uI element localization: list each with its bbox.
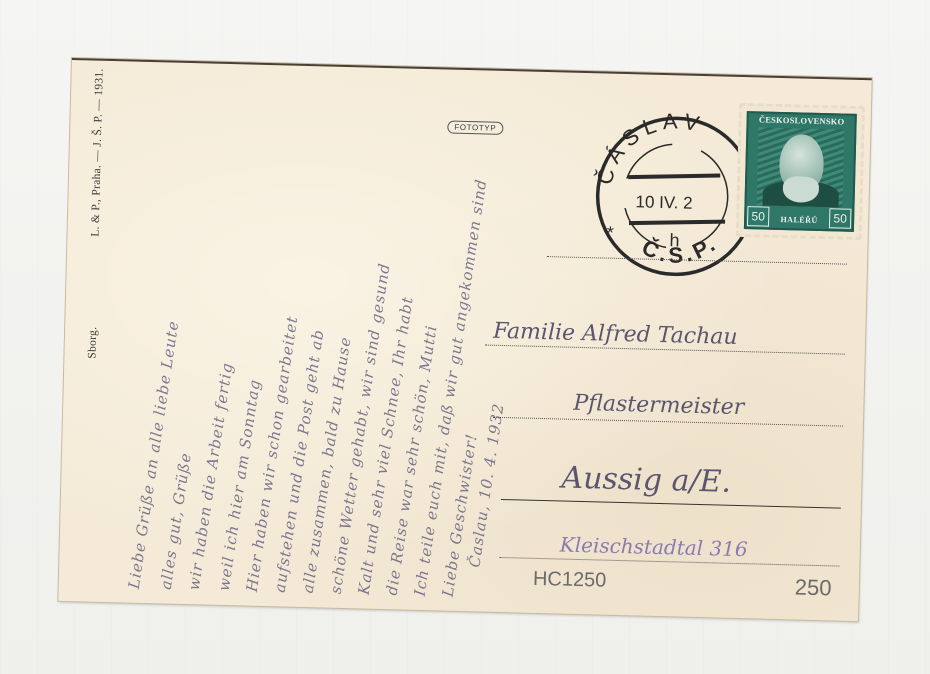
stamp-portrait-icon (756, 127, 844, 207)
address-street: Kleischstadtal 316 (560, 533, 748, 562)
address-rule-2 (493, 417, 843, 427)
address-occupation: Pflastermeister (573, 391, 744, 420)
svg-text:Č.S.P.: Č.S.P. (638, 228, 723, 269)
imprint-note: Sborg. (86, 327, 99, 359)
postmark-date: 10 IV. 2 (635, 192, 693, 212)
fototyp-mark: FOTOTYP (447, 121, 503, 135)
postmark-letter: h (669, 230, 680, 250)
address-city: Aussig a/E. (561, 461, 731, 500)
pencil-price: 250 (795, 574, 832, 601)
postmark-service: Č.S.P. (638, 228, 723, 269)
stamp-value-right: 50 (829, 208, 851, 229)
stamp-country: ČESKOSLOVENSKO (749, 114, 855, 127)
postmark-star: * (607, 223, 615, 243)
imprint-publisher: L. & P., Praha. — J. Š. P. — 1931. (89, 68, 105, 237)
handwritten-message: Liebe Grüße an alle liebe Leute alles gu… (99, 69, 512, 599)
address-rule-3 (501, 499, 841, 509)
postage-stamp: ČESKOSLOVENSKO 50 HALÉŘŮ 50 (736, 103, 865, 240)
stamp-face: ČESKOSLOVENSKO 50 HALÉŘŮ 50 (744, 111, 857, 232)
publisher-imprint: Sborg.L. & P., Praha. — J. Š. P. — 1931. (86, 68, 105, 359)
pencil-reference: HC1250 (533, 568, 607, 593)
postcard: Sborg.L. & P., Praha. — J. Š. P. — 1931.… (58, 58, 871, 621)
